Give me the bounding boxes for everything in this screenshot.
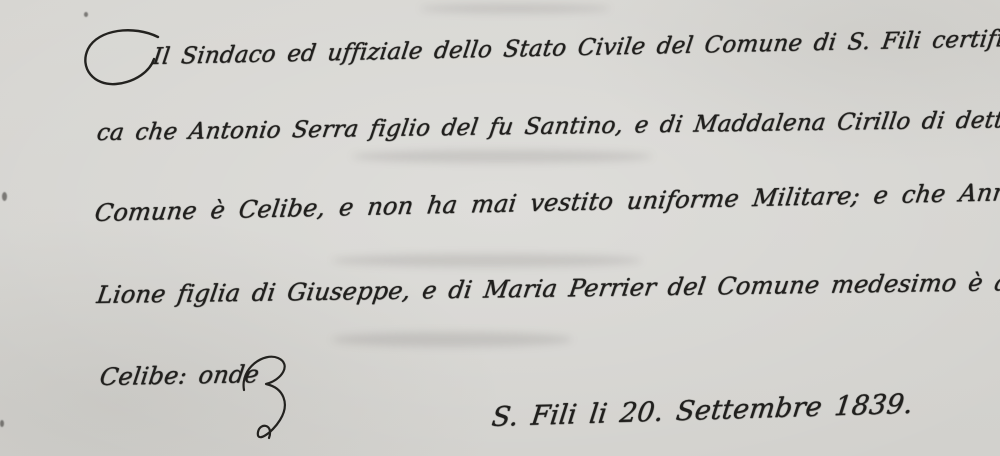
bleedthrough-smudge: [332, 254, 642, 267]
manuscript-page: Il Sindaco ed uffiziale dello Stato Civi…: [0, 0, 1000, 456]
ink-speck: [0, 420, 4, 427]
opening-flourish: [82, 28, 162, 88]
manuscript-line-4: Lione figlia di Giuseppe, e di Maria Per…: [95, 267, 1000, 309]
onde-flourish: [236, 350, 306, 446]
manuscript-line-2: ca che Antonio Serra figlio del fu Santi…: [95, 107, 1000, 146]
manuscript-dateline: S. Fili li 20. Settembre 1839.: [490, 389, 915, 433]
ink-speck: [2, 192, 7, 201]
manuscript-line-3: Comune è Celibe, e non ha mai vestito un…: [93, 178, 1000, 227]
bleedthrough-smudge: [420, 4, 610, 13]
ink-speck: [84, 12, 88, 17]
manuscript-line-1: Il Sindaco ed uffiziale dello Stato Civi…: [151, 26, 1000, 70]
bleedthrough-smudge: [332, 332, 572, 347]
bleedthrough-smudge: [352, 150, 652, 163]
